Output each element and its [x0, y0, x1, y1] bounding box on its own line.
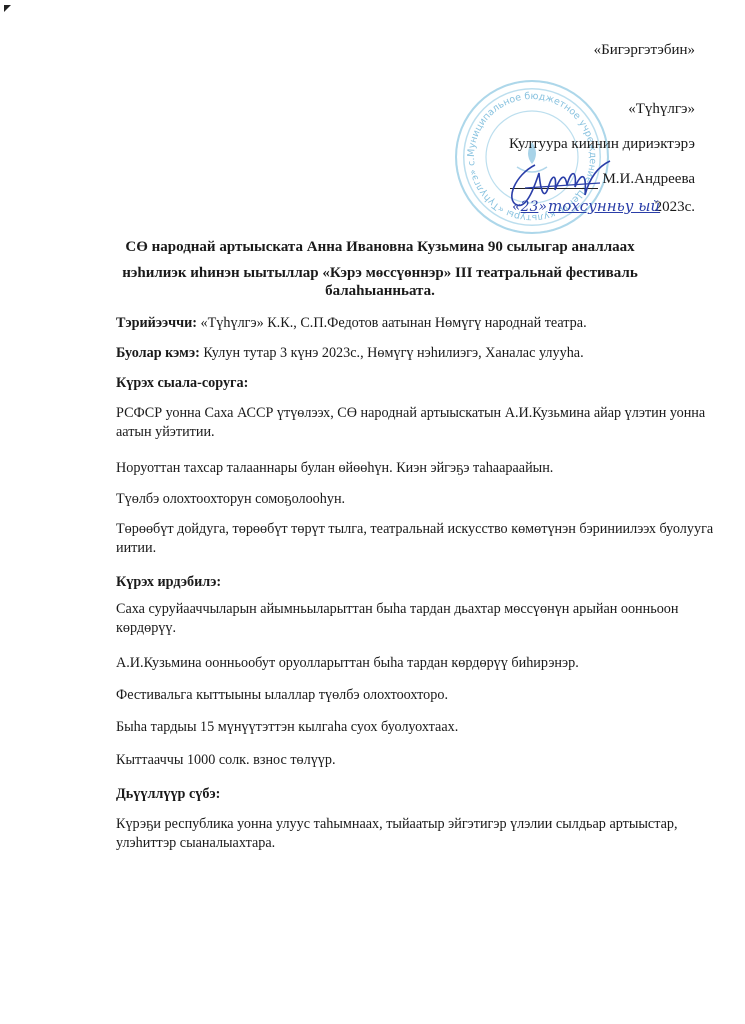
- date-month-handwritten: тохсунньу ый: [548, 197, 660, 215]
- rule-item-4: Быһа тардыы 15 мүнүүтэттэн кылгаһа суох …: [116, 718, 716, 737]
- document-title-line-2: нэһилиэк иһинэн ыытыллар «Кэрэ мөссүөннэ…: [110, 264, 650, 282]
- approval-org: «Түһүлгэ»: [628, 101, 695, 118]
- goal-item-1: РСФСР уонна Саха АССР үтүөлээх, СӨ народ…: [116, 404, 716, 442]
- approval-position: Култуура киинин дириэктэрэ: [509, 136, 695, 153]
- when-value: Кулун тутар 3 күнэ 2023с., Нөмүгү нэһили…: [200, 345, 584, 361]
- organizer-paragraph: Тэрийээччи: «Түһүлгэ» К.К., С.П.Федотов …: [116, 314, 716, 333]
- goal-item-4: Төрөөбүт дойдуга, төрөөбүт төрүт тылга, …: [116, 520, 726, 558]
- rules-heading: Күрэх ирдэбилэ:: [116, 573, 716, 592]
- goals-heading: Күрэх сыала-соруга:: [116, 374, 716, 393]
- date-day-handwritten: «23»: [512, 199, 547, 215]
- when-paragraph: Буолар кэмэ: Кулун тутар 3 күнэ 2023с., …: [116, 344, 716, 363]
- approval-year: 2023с.: [655, 199, 695, 216]
- organizer-label: Тэрийээччи:: [116, 315, 197, 331]
- when-label: Буолар кэмэ:: [116, 345, 200, 361]
- rule-item-1: Саха суруйааччыларын айымньыларыттан быһ…: [116, 600, 721, 638]
- document-title-line-3: балаһыанньата.: [110, 282, 650, 300]
- approved-label: «Бигэргэтэбин»: [594, 42, 695, 59]
- rule-item-5: Кыттааччы 1000 солк. взнос төлүүр.: [116, 751, 716, 770]
- organizer-value: «Түһүлгэ» К.К., С.П.Федотов аатынан Нөмү…: [197, 315, 587, 331]
- jury-paragraph: Күрэҕи республика уонна улуус таһымнаах,…: [116, 815, 696, 853]
- document-title-line-1: СӨ народнай артыыската Анна Ивановна Куз…: [110, 238, 650, 256]
- goal-item-2: Норуоттан тахсар талааннары булан өйөөһү…: [116, 459, 716, 478]
- jury-heading: Дьүүллүүр сүбэ:: [116, 785, 716, 804]
- goal-item-3: Түөлбэ олохтоохторун сомоҕолооһун.: [116, 490, 716, 509]
- rule-item-3: Фестивальга кыттыыны ылаллар түөлбэ олох…: [116, 686, 716, 705]
- scan-corner-mark: [4, 5, 11, 12]
- approval-name: М.И.Андреева: [602, 171, 695, 188]
- rule-item-2: А.И.Кузьмина оонньообут оруолларыттан бы…: [116, 654, 716, 673]
